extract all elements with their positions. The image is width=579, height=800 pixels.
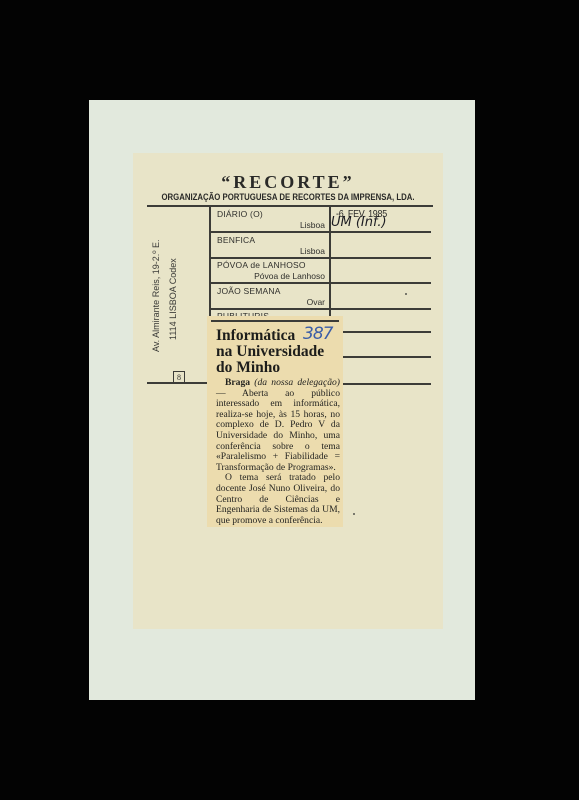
row-rule — [343, 356, 431, 358]
speck — [353, 513, 355, 515]
row-rule — [209, 282, 330, 284]
row-rule — [209, 231, 330, 233]
left-column-divider — [209, 205, 211, 320]
page-number-box: 8 — [173, 371, 185, 384]
recorte-form-sheet: “RECORTE” ORGANIZAÇÃO PORTUGUESA DE RECO… — [133, 153, 443, 629]
clipping-top-rule — [211, 320, 339, 322]
publication-city: Ovar — [217, 297, 325, 307]
publication-name: PÓVOA de LANHOSO — [217, 260, 306, 270]
agency-title: “RECORTE” — [133, 172, 443, 193]
headline-line-2: na Universidade — [216, 344, 346, 360]
speck — [405, 293, 407, 295]
row-rule — [330, 308, 431, 310]
publication-city: Lisboa — [217, 246, 325, 256]
row-rule — [330, 257, 431, 259]
row-rule — [343, 331, 431, 333]
paragraph-2: O tema será tratado pelo docente José Nu… — [216, 473, 340, 526]
row-rule — [330, 282, 431, 284]
publication-city: Lisboa — [217, 220, 325, 230]
agency-subtitle: ORGANIZAÇÃO PORTUGUESA DE RECORTES DA IM… — [161, 192, 415, 203]
headline-line-3: do Minho — [216, 360, 346, 376]
agency-address: Av. Almirante Reis, 19-2.º E. 1114 LISBO… — [143, 210, 183, 360]
publication-name: JOÃO SEMANA — [217, 286, 281, 296]
lead-word: Braga — [225, 377, 250, 388]
paragraph-1: Braga (da nossa delegação) — Aberta ao p… — [216, 378, 340, 473]
row-rule — [343, 383, 431, 385]
address-line-2: 1114 LISBOA Codex — [168, 258, 178, 340]
row-rule — [209, 257, 330, 259]
row-rule — [330, 231, 431, 233]
dateline: (da nossa delegação) — [254, 377, 340, 388]
top-rule — [147, 205, 433, 207]
handwritten-clipping-number: 387 — [303, 324, 332, 344]
newspaper-clipping: Informática na Universidade do Minho 387… — [207, 316, 343, 527]
paragraph-1-text: — Aberta ao público interessado em infor… — [216, 388, 340, 473]
handwritten-note: UM (Inf.) — [331, 215, 387, 230]
address-line-1: Av. Almirante Reis, 19-2.º E. — [151, 240, 161, 353]
publication-city: Póvoa de Lanhoso — [217, 271, 325, 281]
clipping-body: Braga (da nossa delegação) — Aberta ao p… — [216, 378, 340, 526]
row-rule — [209, 308, 330, 310]
publication-name: DIÁRIO (O) — [217, 209, 263, 219]
publication-name: BENFICA — [217, 235, 255, 245]
